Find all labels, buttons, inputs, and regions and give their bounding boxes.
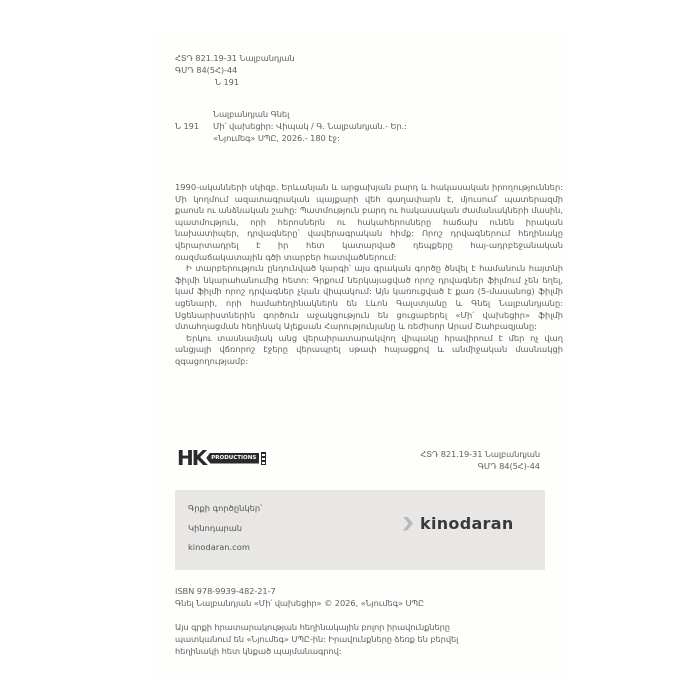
udc-code: ՀՏԴ 821.19-31 Նալբանդյան <box>420 448 540 460</box>
author-mark: Ն 191 <box>175 76 295 88</box>
hk-productions-label: PRODUCTIONS <box>206 453 259 464</box>
isbn-number: ISBN 978-9939-482-21-7 <box>175 585 424 597</box>
annotation-paragraph: 1990-ականների սկիզբ. Երևանյան և արցախյան… <box>175 182 563 263</box>
kinodaran-wordmark: kinodaran <box>420 514 514 533</box>
bib-line-2: «Նյումեգ» ՍՊԸ, 2026.- 180 էջ: <box>213 132 340 144</box>
partner-name: Կինոդարան <box>188 522 262 542</box>
rights-line: Այս գրքի հրատարակության հեղինակային բոլո… <box>175 621 458 633</box>
hk-letters: HK <box>177 448 205 468</box>
udc-code: ՀՏԴ 821.19-31 Նալբանդյան <box>175 52 295 64</box>
hk-productions-logo: HK PRODUCTIONS <box>177 448 269 468</box>
partner-website: kinodaran.com <box>188 541 262 561</box>
catalog-codes-top: ՀՏԴ 821.19-31 Նալբանդյան ԳՄԴ 84(5Հ)-44 Ն… <box>175 52 295 88</box>
rights-line: հեղինակի հետ կնքած պայմանագրով: <box>175 645 458 657</box>
bbk-code: ԳՄԴ 84(5Հ)-44 <box>420 460 540 472</box>
annotation-paragraph: Երկու տասնամյակ անց վերաիրատարակվող վիպա… <box>175 333 563 368</box>
copyright-line: Գնել Նալբանդյան «Մի՛ վախեցիր» © 2026, «Ն… <box>175 597 424 609</box>
bbk-code: ԳՄԴ 84(5Հ)-44 <box>175 64 295 76</box>
partner-panel: Գրքի գործընկեր՝ Կինոդարան kinodaran.com … <box>175 490 545 570</box>
film-strip-icon <box>261 452 266 465</box>
catalog-codes-bottom: ՀՏԴ 821.19-31 Նալբանդյան ԳՄԴ 84(5Հ)-44 <box>420 448 540 472</box>
book-imprint-page: ՀՏԴ 821.19-31 Նալբանդյան ԳՄԴ 84(5Հ)-44 Ն… <box>150 30 570 680</box>
chevron-right-icon <box>403 517 413 531</box>
rights-line: պատկանում են «Նյումեգ» ՍՊԸ-ին: Իրավունքն… <box>175 633 458 645</box>
bibliographic-entry: Նալբանդյան Գնել Ն 191Մի՛ վախեցիր: Վիպակ … <box>175 108 407 144</box>
bib-line-1: Մի՛ վախեցիր: Վիպակ / Գ. Նալբանդյան.- Եր.… <box>213 120 407 132</box>
rights-notice: Այս գրքի հրատարակության հեղինակային բոլո… <box>175 621 458 657</box>
author-heading: Նալբանդյան Գնել <box>213 108 289 120</box>
kinodaran-logo: kinodaran <box>403 514 514 533</box>
isbn-block: ISBN 978-9939-482-21-7 Գնել Նալբանդյան «… <box>175 585 424 609</box>
partner-label: Գրքի գործընկեր՝ <box>188 502 262 522</box>
annotation-paragraph: Ի տարբերություն ընդունված կարգի՝ այս գրա… <box>175 263 563 333</box>
book-annotation: 1990-ականների սկիզբ. Երևանյան և արցախյան… <box>175 182 563 368</box>
author-code: Ն 191 <box>175 120 213 132</box>
